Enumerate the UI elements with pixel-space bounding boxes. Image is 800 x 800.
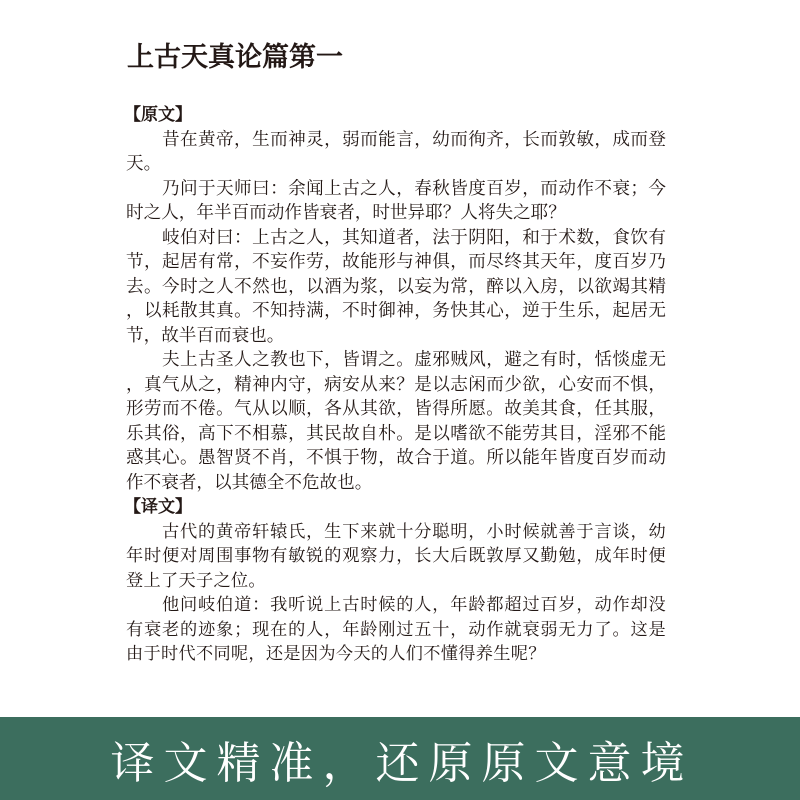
original-paragraph: 夫上古圣人之教也下，皆谓之。虚邪贼风，避之有时，恬惔虚无，真气从之，精神内守，病… <box>126 348 666 495</box>
original-paragraph: 岐伯对曰：上古之人，其知道者，法于阴阳，和于术数，食饮有节，起居有常，不妄作劳，… <box>126 226 666 349</box>
section-heading-original: 【原文】 <box>124 103 666 128</box>
original-paragraph: 昔在黄帝，生而神灵，弱而能言，幼而徇齐，长而敦敏，成而登天。 <box>126 128 666 177</box>
chapter-title: 上古天真论篇第一 <box>127 40 343 76</box>
translation-section: 【译文】 古代的黄帝轩辕氏，生下来就十分聪明，小时候就善于言谈，幼年时便对周围事… <box>126 495 666 667</box>
section-heading-translation: 【译文】 <box>124 495 666 520</box>
translation-paragraph: 古代的黄帝轩辕氏，生下来就十分聪明，小时候就善于言谈，幼年时便对周围事物有敏锐的… <box>126 520 666 594</box>
translation-paragraph: 他问岐伯道：我听说上古时候的人，年龄都超过百岁，动作却没有衰老的迹象；现在的人，… <box>126 593 666 667</box>
promo-banner: 译文精准，还原原文意境 <box>0 717 800 800</box>
page: 上古天真论篇第一 【原文】 昔在黄帝，生而神灵，弱而能言，幼而徇齐，长而敦敏，成… <box>0 0 800 800</box>
chapter-content: 【原文】 昔在黄帝，生而神灵，弱而能言，幼而徇齐，长而敦敏，成而登天。 乃问于天… <box>126 103 666 667</box>
banner-slogan: 译文精准，还原原文意境 <box>111 727 694 791</box>
original-text-section: 【原文】 昔在黄帝，生而神灵，弱而能言，幼而徇齐，长而敦敏，成而登天。 乃问于天… <box>126 103 666 495</box>
original-paragraph: 乃问于天师曰：余闻上古之人，春秋皆度百岁，而动作不衰；今时之人，年半百而动作皆衰… <box>126 177 666 226</box>
